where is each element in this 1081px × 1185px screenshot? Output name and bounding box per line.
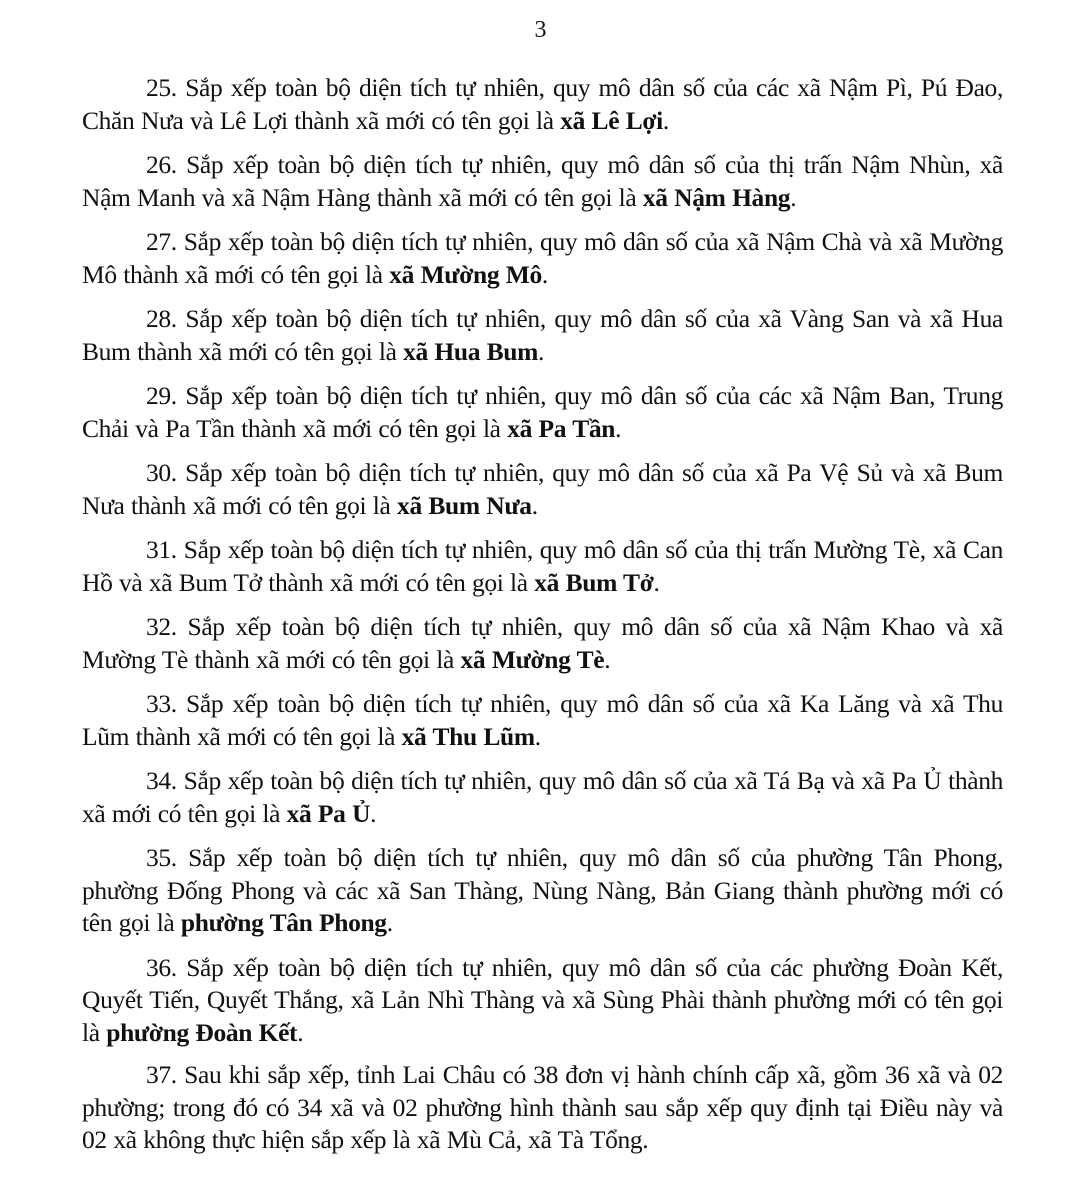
item-text: Sắp xếp toàn bộ diện tích tự nhiên, quy … bbox=[82, 689, 1003, 751]
item-tail: . bbox=[615, 414, 621, 443]
item-tail: . bbox=[297, 1018, 303, 1047]
article-item-33: 33. Sắp xếp toàn bộ diện tích tự nhiên, … bbox=[82, 688, 1003, 753]
article-item-30: 30. Sắp xếp toàn bộ diện tích tự nhiên, … bbox=[82, 457, 1003, 522]
article-item-35: 35. Sắp xếp toàn bộ diện tích tự nhiên, … bbox=[82, 842, 1003, 940]
item-tail: . bbox=[653, 568, 659, 597]
item-number: 37. bbox=[146, 1060, 177, 1089]
article-item-27: 27. Sắp xếp toàn bộ diện tích tự nhiên, … bbox=[82, 226, 1003, 291]
item-number: 25. bbox=[146, 73, 177, 102]
new-unit-name: xã Lê Lợi bbox=[560, 106, 663, 135]
item-text: Sắp xếp toàn bộ diện tích tự nhiên, quy … bbox=[82, 73, 1003, 135]
new-unit-name: xã Pa Tần bbox=[507, 414, 615, 443]
new-unit-name: xã Mường Tè bbox=[461, 645, 605, 674]
item-number: 32. bbox=[146, 612, 177, 641]
new-unit-name: xã Bum Tở bbox=[534, 568, 653, 597]
item-number: 33. bbox=[146, 689, 177, 718]
item-text: Sắp xếp toàn bộ diện tích tự nhiên, quy … bbox=[82, 766, 1003, 828]
item-tail: . bbox=[542, 260, 548, 289]
item-number: 31. bbox=[146, 535, 177, 564]
item-number: 30. bbox=[146, 458, 177, 487]
article-item-36: 36. Sắp xếp toàn bộ diện tích tự nhiên, … bbox=[82, 952, 1003, 1050]
item-tail: . bbox=[663, 106, 669, 135]
item-tail: . bbox=[790, 183, 796, 212]
new-unit-name: xã Thu Lũm bbox=[402, 722, 535, 751]
item-number: 35. bbox=[146, 843, 177, 872]
item-number: 28. bbox=[146, 304, 177, 333]
article-item-26: 26. Sắp xếp toàn bộ diện tích tự nhiên, … bbox=[82, 149, 1003, 214]
article-item-25: 25. Sắp xếp toàn bộ diện tích tự nhiên, … bbox=[82, 72, 1003, 137]
new-unit-name: phường Đoàn Kết bbox=[106, 1018, 297, 1047]
document-body: 25. Sắp xếp toàn bộ diện tích tự nhiên, … bbox=[82, 72, 1003, 1169]
new-unit-name: xã Nậm Hàng bbox=[643, 183, 790, 212]
item-tail: . bbox=[604, 645, 610, 674]
new-unit-name: xã Bum Nưa bbox=[397, 491, 532, 520]
article-item-29: 29. Sắp xếp toàn bộ diện tích tự nhiên, … bbox=[82, 380, 1003, 445]
item-tail: . bbox=[535, 722, 541, 751]
item-tail: . bbox=[532, 491, 538, 520]
item-number: 29. bbox=[146, 381, 177, 410]
item-text: Sắp xếp toàn bộ diện tích tự nhiên, quy … bbox=[82, 458, 1003, 520]
item-number: 34. bbox=[146, 766, 177, 795]
item-number: 36. bbox=[146, 953, 177, 982]
article-item-28: 28. Sắp xếp toàn bộ diện tích tự nhiên, … bbox=[82, 303, 1003, 368]
article-item-31: 31. Sắp xếp toàn bộ diện tích tự nhiên, … bbox=[82, 534, 1003, 599]
new-unit-name: phường Tân Phong bbox=[181, 908, 387, 937]
item-tail: . bbox=[387, 908, 393, 937]
item-text: Sắp xếp toàn bộ diện tích tự nhiên, quy … bbox=[82, 150, 1003, 212]
article-item-34: 34. Sắp xếp toàn bộ diện tích tự nhiên, … bbox=[82, 765, 1003, 830]
new-unit-name: xã Mường Mô bbox=[389, 260, 542, 289]
item-number: 27. bbox=[146, 227, 177, 256]
page-number: 3 bbox=[0, 16, 1081, 44]
article-item-32: 32. Sắp xếp toàn bộ diện tích tự nhiên, … bbox=[82, 611, 1003, 676]
item-text: Sau khi sắp xếp, tỉnh Lai Châu có 38 đơn… bbox=[82, 1060, 1003, 1154]
item-tail: . bbox=[538, 337, 544, 366]
item-tail: . bbox=[370, 799, 376, 828]
item-number: 26. bbox=[146, 150, 177, 179]
document-page: 3 25. Sắp xếp toàn bộ diện tích tự nhiên… bbox=[0, 0, 1081, 1185]
article-item-37: 37. Sau khi sắp xếp, tỉnh Lai Châu có 38… bbox=[82, 1059, 1003, 1157]
new-unit-name: xã Pa Ủ bbox=[287, 799, 371, 828]
new-unit-name: xã Hua Bum bbox=[403, 337, 538, 366]
